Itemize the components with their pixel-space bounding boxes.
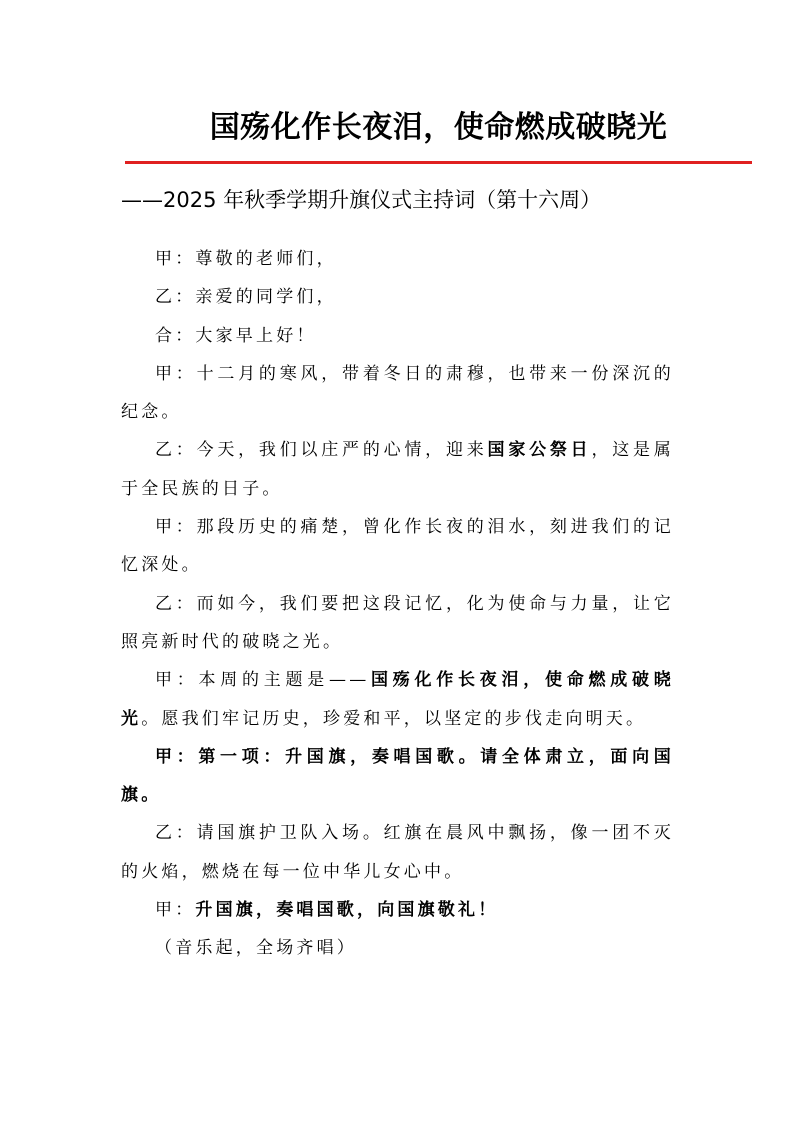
paragraph: 甲：尊敬的老师们， [121,240,674,278]
paragraph: 乙：而如今，我们要把这段记忆，化为使命与力量，让它照亮新时代的破晓之光。 [121,585,674,662]
paragraph: 甲：本周的主题是——国殇化作长夜泪，使命燃成破晓光。愿我们牢记历史，珍爱和平，以… [121,661,674,738]
text-run: 甲：本周的主题是—— [155,670,369,690]
paragraph: 甲：十二月的寒风，带着冬日的肃穆，也带来一份深沉的纪念。 [121,355,674,432]
text-run: 。愿我们牢记历史，珍爱和平，以坚定的步伐走向明天。 [141,709,646,729]
document-page: 国殇化作长夜泪，使命燃成破晓光 ——2025 年秋季学期升旗仪式主持词（第十六周… [0,0,793,1122]
paragraph: 甲：升国旗，奏唱国歌，向国旗敬礼！ [121,891,674,929]
paragraph: 合：大家早上好！ [121,317,674,355]
text-run: 乙：而如今，我们要把这段记忆，化为使命与力量，让它照亮新时代的破晓之光。 [121,594,674,652]
document-subtitle: ——2025 年秋季学期升旗仪式主持词（第十六周） [121,182,601,218]
document-body: 甲：尊敬的老师们， 乙：亲爱的同学们， 合：大家早上好！ 甲：十二月的寒风，带着… [121,240,674,968]
paragraph: 甲：第一项：升国旗，奏唱国歌。请全体肃立，面向国旗。 [121,738,674,815]
text-run: 乙：今天，我们以庄严的心情，迎来 [155,440,488,460]
stage-direction: （音乐起，全场齐唱） [121,929,674,967]
document-title: 国殇化作长夜泪，使命燃成破晓光 [125,106,752,150]
bold-text-run: 国家公祭日 [488,440,592,460]
paragraph: 乙：亲爱的同学们， [121,278,674,316]
text-run: 甲： [155,900,195,920]
text-run: 甲：那段历史的痛楚，曾化作长夜的泪水，刻进我们的记忆深处。 [121,517,674,575]
text-run: 甲：尊敬的老师们， [155,249,337,269]
title-divider-rule [125,161,752,164]
text-run: （音乐起，全场齐唱） [155,938,357,958]
paragraph: 乙：请国旗护卫队入场。红旗在晨风中飘扬，像一团不灭的火焰，燃烧在每一位中华儿女心… [121,814,674,891]
paragraph: 乙：今天，我们以庄严的心情，迎来国家公祭日，这是属于全民族的日子。 [121,431,674,508]
bold-text-run: 升国旗，奏唱国歌，向国旗敬礼！ [195,900,498,920]
bold-text-run: 甲：第一项：升国旗，奏唱国歌。请全体肃立，面向国旗。 [121,747,674,805]
text-run: 甲：十二月的寒风，带着冬日的肃穆，也带来一份深沉的纪念。 [121,364,674,422]
text-run: 合：大家早上好！ [155,326,317,346]
text-run: 乙：请国旗护卫队入场。红旗在晨风中飘扬，像一团不灭的火焰，燃烧在每一位中华儿女心… [121,823,674,881]
text-run: 乙：亲爱的同学们， [155,287,337,307]
paragraph: 甲：那段历史的痛楚，曾化作长夜的泪水，刻进我们的记忆深处。 [121,508,674,585]
